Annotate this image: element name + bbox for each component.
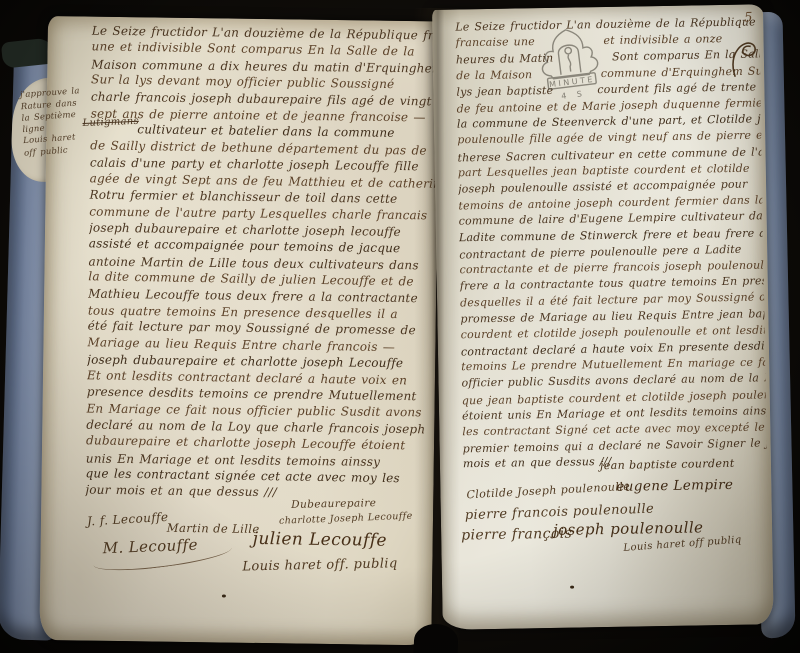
fiscal-minute-stamp: MINUTE 4 S (524, 21, 615, 110)
signature: M. Lecouffe (102, 536, 198, 558)
ink-dot (222, 594, 226, 597)
signature: Martin de Lille (167, 521, 260, 536)
scanned-register-photo: Le Seize fructidor L'an douzième de la R… (0, 0, 800, 653)
left-page: Le Seize fructidor L'an douzième de la R… (39, 16, 440, 645)
signature: Clotilde Joseph poulenoulle (466, 480, 630, 502)
bottom-fold-notch (413, 623, 458, 653)
signature: julien Lecouffe (253, 529, 387, 551)
page-number: 5 (744, 10, 753, 25)
struck-word: Lutigmans (82, 116, 139, 129)
signature: Dubeaurepaire (291, 497, 376, 511)
left-page-text: Le Seize fructidor L'an douzième de la R… (85, 23, 438, 506)
signature: J. f. Lecouffe (87, 510, 169, 529)
signature: joseph poulenoulle (553, 518, 704, 539)
signature: Louis haret off. publiq (242, 556, 398, 574)
signature: jean baptiste courdent (600, 457, 735, 472)
signature: Louis haret off publiq (623, 535, 742, 554)
right-page: 5 MINUTE 4 S Le Seize fructidor L'an dou… (432, 4, 774, 630)
stamp-value: 4 S (561, 89, 587, 101)
margin-note: j'approuve laRature dansla Septièmeligne… (20, 86, 89, 159)
paraph-flourish (729, 36, 764, 81)
signature: eugene Lempire (616, 477, 733, 495)
ink-dot (570, 586, 574, 589)
signature: charlotte Joseph Lecouffe (279, 511, 413, 527)
